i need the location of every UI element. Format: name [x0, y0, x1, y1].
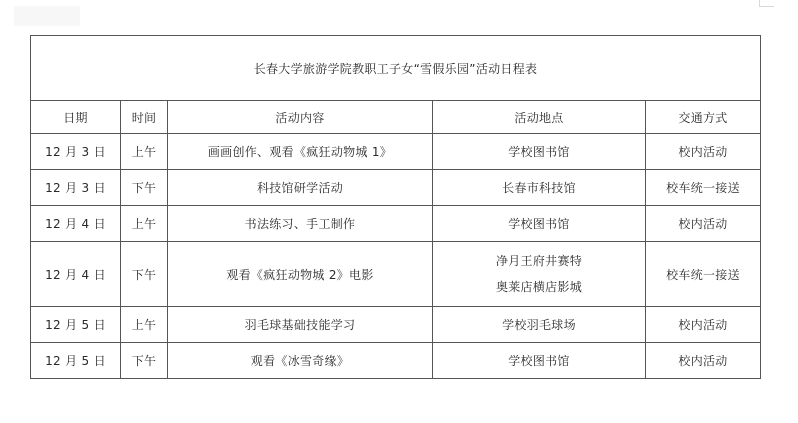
- cell-time: 上午: [121, 134, 168, 170]
- cell-time: 上午: [121, 307, 168, 343]
- table-row: 12 月 5 日 上午 羽毛球基础技能学习 学校羽毛球场 校内活动: [31, 307, 761, 343]
- cell-location: 净月王府井赛特 奥莱店横店影城: [433, 242, 646, 307]
- cell-time: 下午: [121, 170, 168, 206]
- cell-location: 学校图书馆: [433, 134, 646, 170]
- header-activity: 活动内容: [168, 101, 433, 134]
- cell-date: 12 月 4 日: [31, 206, 121, 242]
- table-row: 12 月 3 日 下午 科技馆研学活动 长春市科技馆 校车统一接送: [31, 170, 761, 206]
- cell-time: 上午: [121, 206, 168, 242]
- cell-activity: 羽毛球基础技能学习: [168, 307, 433, 343]
- cell-transport: 校车统一接送: [646, 242, 761, 307]
- table-row: 12 月 4 日 上午 书法练习、手工制作 学校图书馆 校内活动: [31, 206, 761, 242]
- cell-time: 下午: [121, 343, 168, 379]
- cell-location: 学校羽毛球场: [433, 307, 646, 343]
- scan-artifact: [14, 6, 80, 26]
- cell-activity: 画画创作、观看《疯狂动物城 1》: [168, 134, 433, 170]
- page-corner-mark: [759, 0, 774, 7]
- cell-activity: 科技馆研学活动: [168, 170, 433, 206]
- cell-location: 长春市科技馆: [433, 170, 646, 206]
- cell-activity: 书法练习、手工制作: [168, 206, 433, 242]
- cell-activity: 观看《冰雪奇缘》: [168, 343, 433, 379]
- cell-date: 12 月 4 日: [31, 242, 121, 307]
- location-line-1: 净月王府井赛特: [433, 248, 645, 274]
- cell-activity: 观看《疯狂动物城 2》电影: [168, 242, 433, 307]
- cell-date: 12 月 3 日: [31, 134, 121, 170]
- header-row: 日期 时间 活动内容 活动地点 交通方式: [31, 101, 761, 134]
- cell-location: 学校图书馆: [433, 343, 646, 379]
- table-row: 12 月 3 日 上午 画画创作、观看《疯狂动物城 1》 学校图书馆 校内活动: [31, 134, 761, 170]
- cell-transport: 校车统一接送: [646, 170, 761, 206]
- table-row: 12 月 4 日 下午 观看《疯狂动物城 2》电影 净月王府井赛特 奥莱店横店影…: [31, 242, 761, 307]
- location-line-2: 奥莱店横店影城: [433, 274, 645, 300]
- table-title: 长春大学旅游学院教职工子女“雪假乐园”活动日程表: [31, 36, 761, 101]
- cell-transport: 校内活动: [646, 206, 761, 242]
- header-transport: 交通方式: [646, 101, 761, 134]
- cell-date: 12 月 5 日: [31, 343, 121, 379]
- cell-location: 学校图书馆: [433, 206, 646, 242]
- cell-date: 12 月 5 日: [31, 307, 121, 343]
- cell-time: 下午: [121, 242, 168, 307]
- title-row: 长春大学旅游学院教职工子女“雪假乐园”活动日程表: [31, 36, 761, 101]
- cell-transport: 校内活动: [646, 307, 761, 343]
- cell-transport: 校内活动: [646, 343, 761, 379]
- cell-transport: 校内活动: [646, 134, 761, 170]
- cell-date: 12 月 3 日: [31, 170, 121, 206]
- header-location: 活动地点: [433, 101, 646, 134]
- schedule-table: 长春大学旅游学院教职工子女“雪假乐园”活动日程表 日期 时间 活动内容 活动地点…: [30, 35, 761, 379]
- document-page: 长春大学旅游学院教职工子女“雪假乐园”活动日程表 日期 时间 活动内容 活动地点…: [0, 0, 798, 423]
- header-date: 日期: [31, 101, 121, 134]
- header-time: 时间: [121, 101, 168, 134]
- table-row: 12 月 5 日 下午 观看《冰雪奇缘》 学校图书馆 校内活动: [31, 343, 761, 379]
